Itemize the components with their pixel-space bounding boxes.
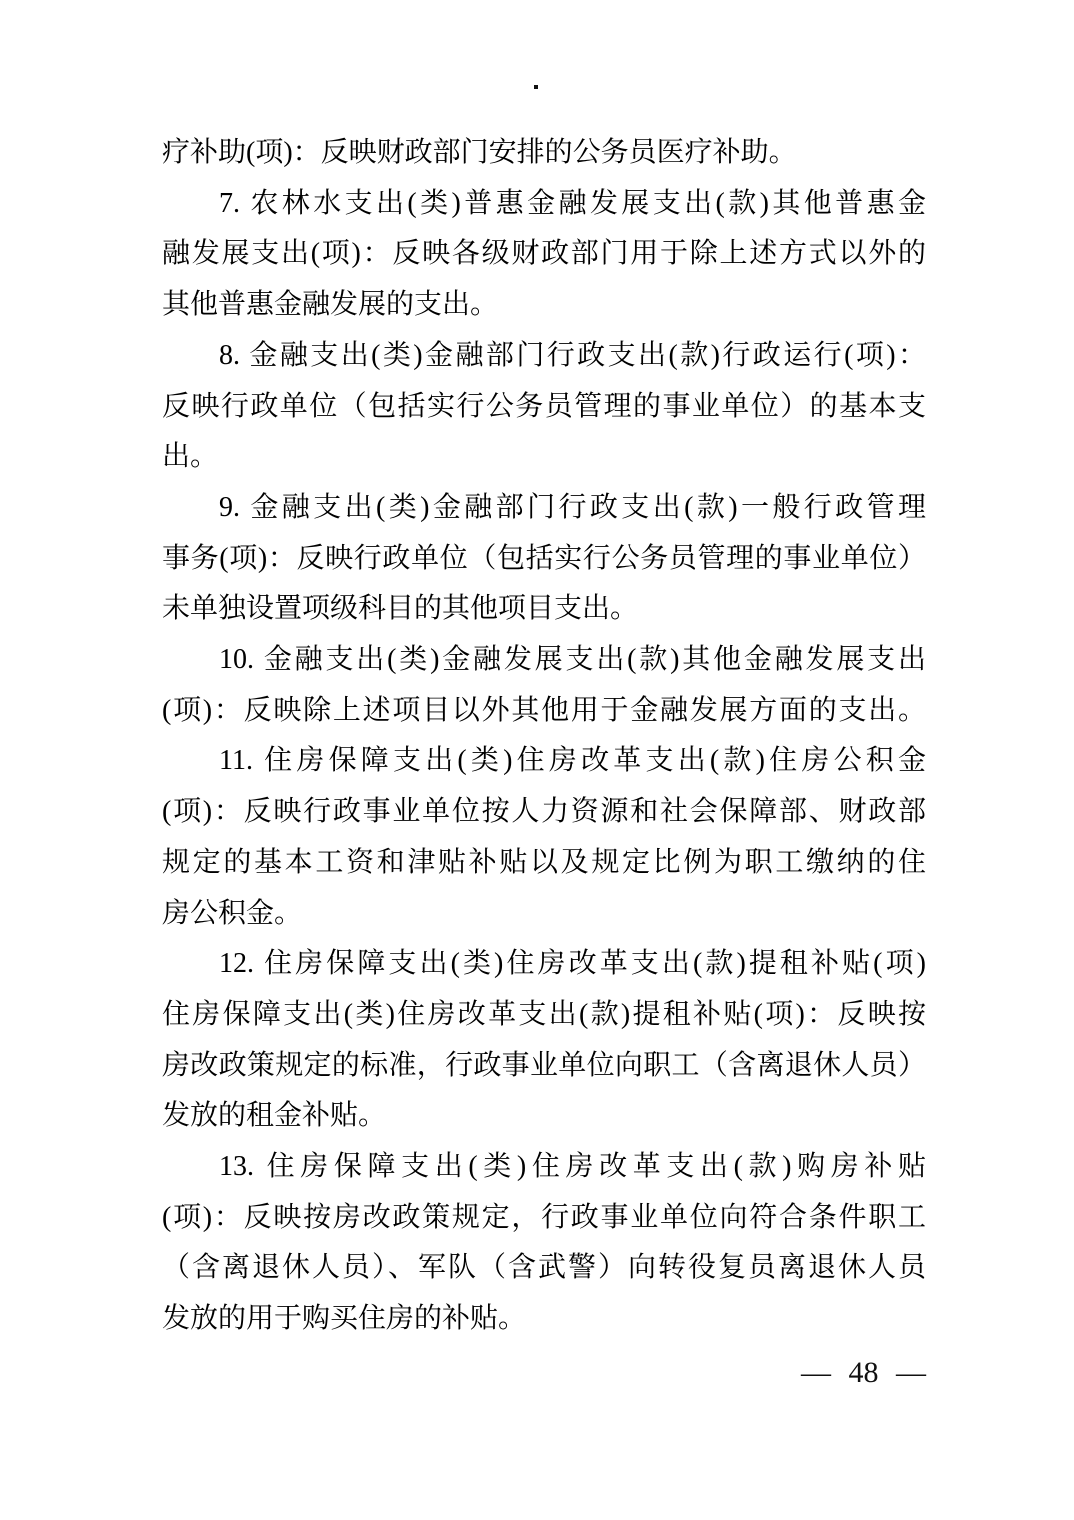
paragraph-line: 出。 xyxy=(162,432,926,483)
paragraph-line: 9. 金融支出(类)金融部门行政支出(款)一般行政管理 xyxy=(162,483,926,534)
document-page: 疗补助(项)：反映财政部门安排的公务员医疗补助。 7. 农林水支出(类)普惠金融… xyxy=(0,0,1074,1520)
paragraph-line: 规定的基本工资和津贴补贴以及规定比例为职工缴纳的住 xyxy=(162,838,926,889)
paragraph-line: 房公积金。 xyxy=(162,889,926,940)
paragraph-line: (项)：反映按房改政策规定，行政事业单位向符合条件职工 xyxy=(162,1193,926,1244)
paragraph-line: 融发展支出(项)：反映各级财政部门用于除上述方式以外的 xyxy=(162,229,926,280)
paragraph-line: 10. 金融支出(类)金融发展支出(款)其他金融发展支出 xyxy=(162,635,926,686)
paragraph-line: 11. 住房保障支出(类)住房改革支出(款)住房公积金 xyxy=(162,736,926,787)
paragraph-line: 房改政策规定的标准，行政事业单位向职工（含离退休人员） xyxy=(162,1041,926,1092)
paragraph-line: 未单独设置项级科目的其他项目支出。 xyxy=(162,584,926,635)
paragraph-line: 反映行政单位（包括实行公务员管理的事业单位）的基本支 xyxy=(162,382,926,433)
paragraph-line: (项)：反映行政事业单位按人力资源和社会保障部、财政部 xyxy=(162,787,926,838)
paragraph-line: 发放的租金补贴。 xyxy=(162,1091,926,1142)
paragraph-line: 7. 农林水支出(类)普惠金融发展支出(款)其他普惠金 xyxy=(162,179,926,230)
document-body: 疗补助(项)：反映财政部门安排的公务员医疗补助。 7. 农林水支出(类)普惠金融… xyxy=(162,128,926,1345)
paragraph-line: 其他普惠金融发展的支出。 xyxy=(162,280,926,331)
paragraph-line: 13. 住房保障支出(类)住房改革支出(款)购房补贴 xyxy=(162,1142,926,1193)
stray-ink-dot xyxy=(534,85,538,89)
paragraph-line: 疗补助(项)：反映财政部门安排的公务员医疗补助。 xyxy=(162,128,926,179)
paragraph-line: 8. 金融支出(类)金融部门行政支出(款)行政运行(项)： xyxy=(162,331,926,382)
paragraph-line: (项)：反映除上述项目以外其他用于金融发展方面的支出。 xyxy=(162,686,926,737)
paragraph-line: 12. 住房保障支出(类)住房改革支出(款)提租补贴(项) xyxy=(162,939,926,990)
page-number: — 48 — xyxy=(801,1356,926,1390)
paragraph-line: 事务(项)：反映行政单位（包括实行公务员管理的事业单位） xyxy=(162,534,926,585)
paragraph-line: 住房保障支出(类)住房改革支出(款)提租补贴(项)：反映按 xyxy=(162,990,926,1041)
paragraph-line: （含离退休人员）、军队（含武警）向转役复员离退休人员 xyxy=(162,1243,926,1294)
paragraph-line: 发放的用于购买住房的补贴。 xyxy=(162,1294,926,1345)
